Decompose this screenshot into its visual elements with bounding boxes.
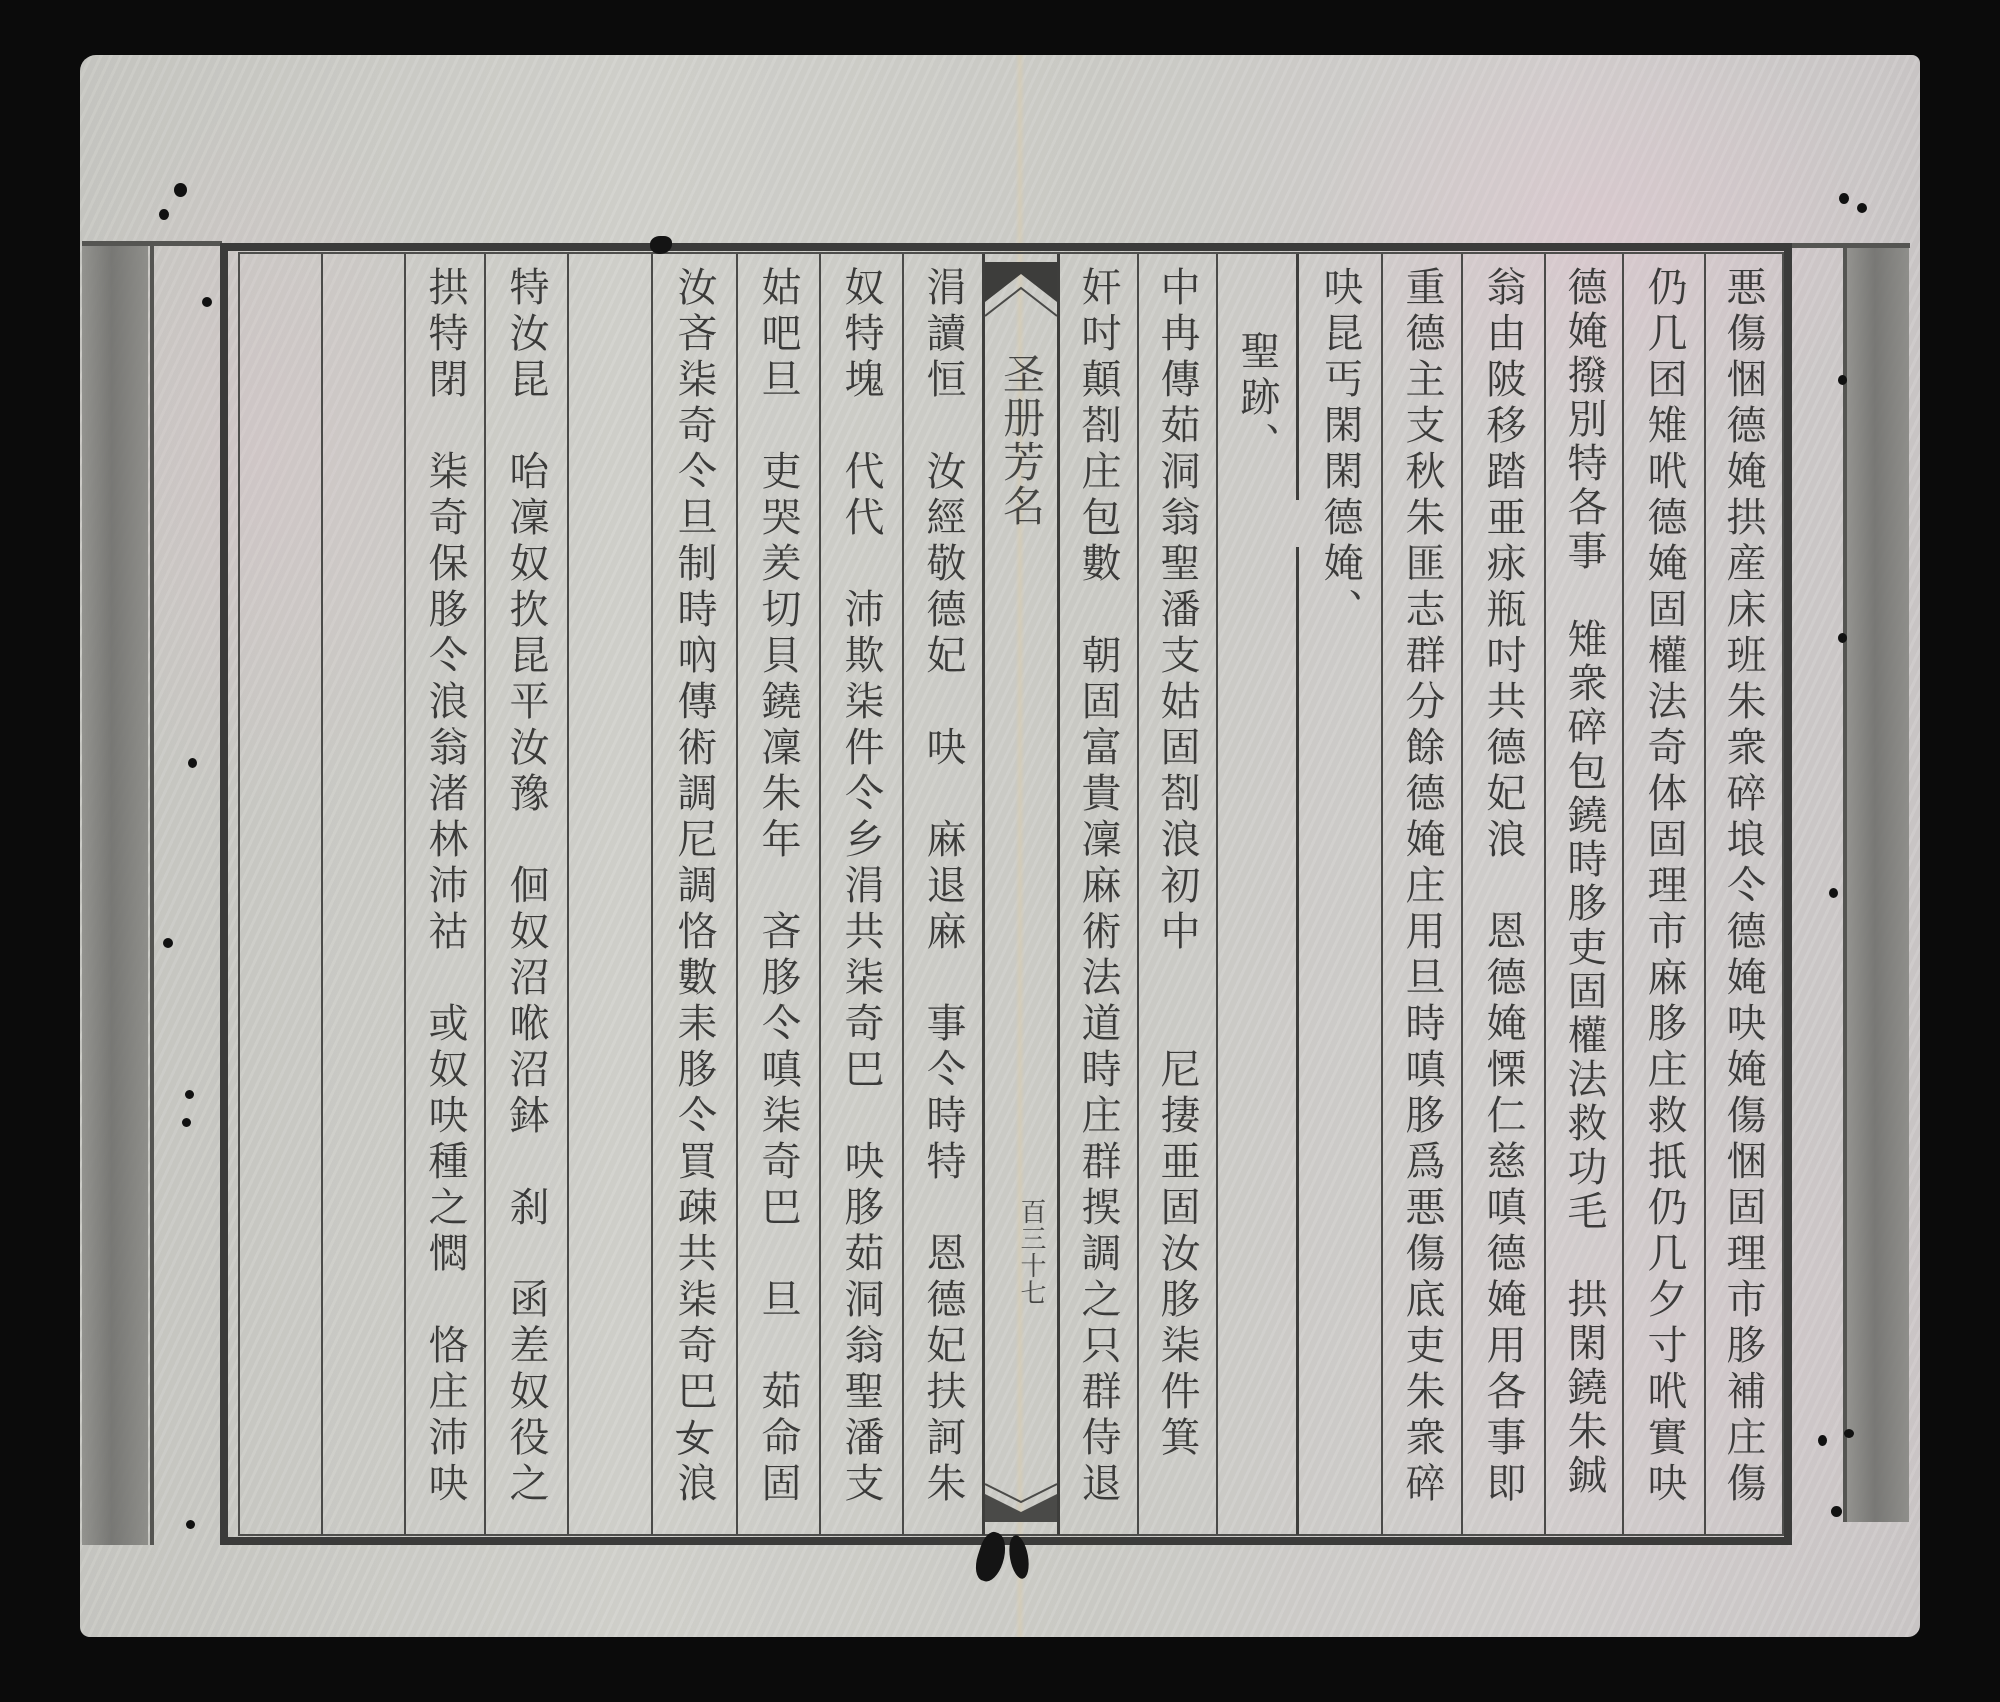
column-rule — [1296, 254, 1299, 500]
column-rule — [1296, 547, 1299, 1535]
right-page-column-4: 翁由陂移踏亜㽷瓶吋共德妃浪𥚄恩德㛪慄仁慈嗔德㛪用各事即 — [1480, 266, 1526, 1508]
binding-hole — [1831, 1506, 1842, 1517]
column-rule — [1461, 254, 1463, 1535]
top-fishtail-mark — [985, 262, 1057, 322]
binding-hole — [1857, 203, 1867, 213]
column-rule — [1544, 254, 1546, 1535]
column-rule — [736, 254, 738, 1535]
binding-hole — [1838, 375, 1847, 385]
right-margin-top-line — [1790, 243, 1910, 248]
column-rule — [1137, 254, 1139, 1535]
left-page-column-3: 姑吧旦𡬼吏哭羑切貝鐃凜朱年𣳔吝䏧仒嗔柒奇巴𡚦旦𠼥茹命固 — [755, 266, 801, 1508]
right-page-column-1: 悪傷悃德㛪拱産床班朱衆碎埌仒德㛪吷㛪傷悃固理市䏧補庄傷 — [1720, 266, 1766, 1508]
right-page-column-6: 吷昆丐閑閑德㛪、 — [1317, 266, 1363, 634]
binding-hole — [186, 1520, 195, 1529]
binding-hole — [202, 297, 212, 307]
column-rule — [819, 254, 821, 1535]
right-page-column-3: 德㛪撥別特各事𡢻雉衆碎包鐃時䏧吏固權法救功毛𣫅拱閑鐃朱鋮 — [1561, 266, 1607, 1498]
left-margin-line — [150, 243, 154, 1545]
bottom-fishtail-mark — [985, 1482, 1057, 1524]
right-margin-line — [1843, 246, 1847, 1522]
left-page-column-7: 拱特閉𦖑柒奇保䏧仒浪翁渚林沛祜𥳂或奴吷種之㦖𨀍恪庄沛吷 — [422, 266, 468, 1508]
binding-hole — [163, 938, 173, 948]
column-rule — [404, 254, 406, 1535]
binding-hole — [1839, 193, 1849, 204]
center-band-title: 圣册芳名 — [998, 352, 1044, 528]
column-rule — [1216, 254, 1218, 1535]
right-page-column-7-heading: 聖跡、 — [1234, 330, 1280, 468]
column-rule — [1381, 254, 1383, 1535]
column-rule — [651, 254, 653, 1535]
left-page-column-9: 𢵋奴泣𣫅尼拱庄𧡊𧋆買𧡊奴𤿤錐𩚵隱𦶀岁㭲庄埃固体撟奴吷 — [258, 266, 304, 1462]
left-page-column-6: 特汝昆𢓇咍凜奴扻昆平汝豫𦬑佪奴沼𠵱沼鉢𦓡刹𦓡函差奴役之 — [503, 266, 549, 1508]
left-margin-top-line — [82, 241, 222, 246]
right-page-column-9: 奸吋顛剳庄包數𨱽朝固富貴凜麻術法道時庄群捑調之只群侍退 — [1075, 266, 1121, 1508]
column-rule — [567, 254, 569, 1535]
binding-hole — [1844, 1429, 1854, 1438]
right-margin-band — [1847, 246, 1909, 1522]
binding-hole — [174, 183, 187, 197]
left-page-column-4: 汝吝柒奇仒旦制時吶傳術調尼調恪數耒䏧仒買疎共柒奇巴𡚦浪 — [671, 266, 717, 1508]
binding-hole — [1829, 888, 1838, 898]
binding-hole — [159, 209, 169, 220]
column-rule — [1622, 254, 1624, 1535]
left-page-column-5: 𥚄吒悲𦖑昆嗔法朱吒祜汝調𨀍固欺自初旦𦗏吒諸特祜包𦖑尼昆 — [587, 266, 633, 1508]
right-page-column-8: 中冉傳茹洞翁聖潘支姑固剳浪初中𡏧𩵜尼捿亜固汝䏧柒件箕𪿒 — [1154, 266, 1200, 1508]
binding-hole — [185, 1090, 194, 1099]
right-page-column-2: 仍几囨雉𠰺德㛪固權法奇体固理市麻䏧庄救扺仍几夕寸𠰺實吷 — [1641, 266, 1687, 1508]
left-page-column-2: 奴特塊𧍋代代𡗶沛欺柒件仒乡涓共柒奇巴𡚦吷䏧茹洞翁聖潘支 — [838, 266, 884, 1508]
binding-hole — [1818, 1435, 1827, 1446]
column-rule — [321, 254, 323, 1535]
right-page-column-5: 重德主支秋朱匪志群分餘德㛪庄用旦時嗔䏧爲悪傷底吏朱衆碎 — [1399, 266, 1445, 1508]
left-page-column-1: 涓讀恒𠃣汝經敬德妃𠉞吷𡗶麻退麻𪿒事仒時特𣳮恩德妃扶訶朱 — [920, 266, 966, 1508]
column-rule — [1704, 254, 1706, 1535]
binding-hole — [188, 758, 197, 768]
column-rule — [484, 254, 486, 1535]
column-rule — [902, 254, 904, 1535]
binding-hole — [182, 1118, 191, 1127]
page-number: 百三十七 — [1016, 1198, 1046, 1306]
binding-hole — [1838, 633, 1847, 643]
left-margin-band — [82, 243, 148, 1545]
left-page-column-8: 𢓇庄翁唉宪奴旦低朱碎祜仒𡗶䏧仒朱撘𠉞郎時𢧚𢓇庄召旦女麻 — [340, 266, 386, 1508]
center-band-rule-left — [982, 254, 985, 1535]
center-band-rule-right — [1057, 254, 1060, 1535]
